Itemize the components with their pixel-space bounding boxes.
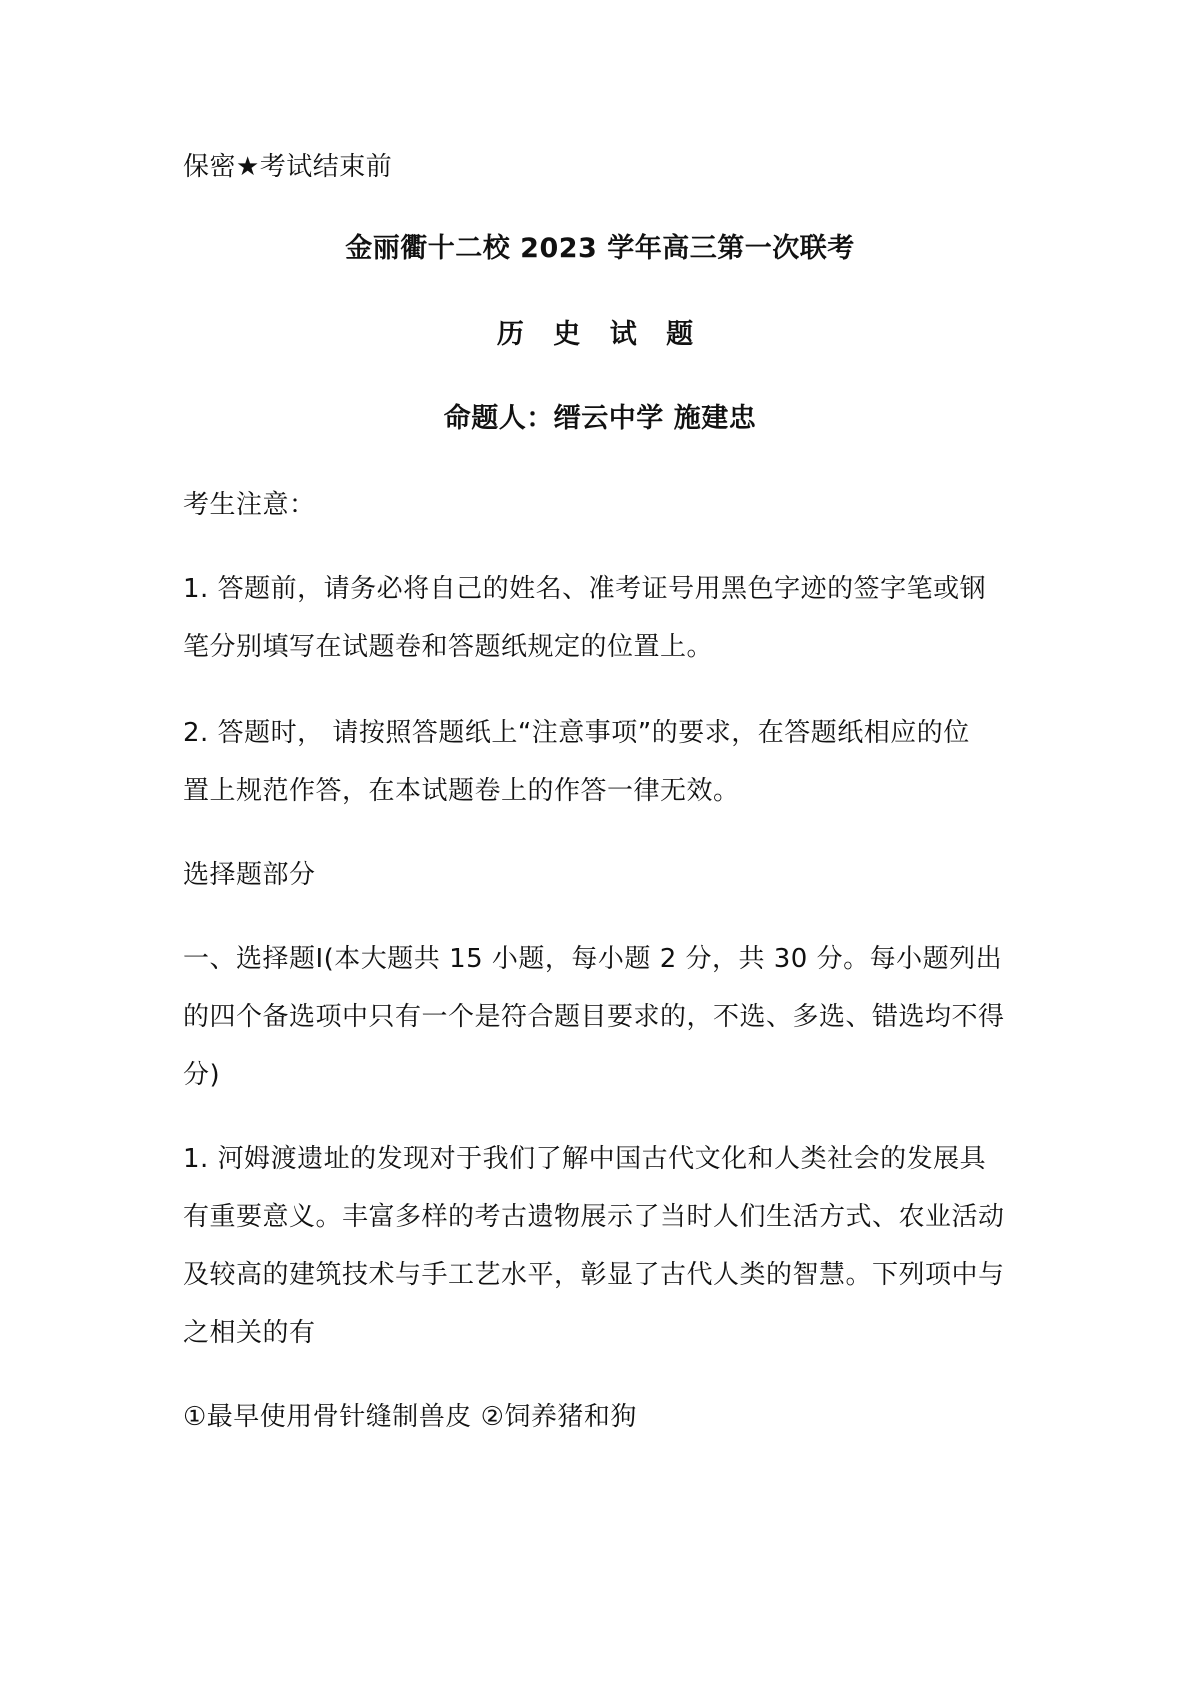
question-1-line-1: 1. 河姆渡遗址的发现对于我们了解中国古代文化和人类社会的发展具 <box>183 1142 986 1176</box>
question-1-line-3: 及较高的建筑技术与手工艺水平，彰显了古代人类的智慧。下列项中与 <box>183 1258 1005 1292</box>
exam-title: 金丽衢十二校 2023 学年高三第一次联考 <box>0 232 1200 266</box>
section-heading: 选择题部分 <box>183 858 316 892</box>
subject-title: 历 史 试 题 <box>0 318 1200 352</box>
notice-1-line-1: 1. 答题前，请务必将自己的姓名、准考证号用黑色字迹的签字笔或钢 <box>183 572 986 606</box>
notice-heading: 考生注意： <box>183 488 316 522</box>
exam-page: 保密★考试结束前 金丽衢十二校 2023 学年高三第一次联考 历 史 试 题 命… <box>0 0 1200 1698</box>
question-1-line-2: 有重要意义。丰富多样的考古遗物展示了当时人们生活方式、农业活动 <box>183 1200 1005 1234</box>
confidential-label: 保密★考试结束前 <box>183 150 392 184</box>
question-1-line-4: 之相关的有 <box>183 1316 316 1350</box>
part-one-line-1: 一、选择题Ⅰ(本大题共 15 小题，每小题 2 分，共 30 分。每小题列出 <box>183 942 1002 976</box>
notice-1-line-2: 笔分别填写在试题卷和答题纸规定的位置上。 <box>183 630 713 664</box>
question-1-options: ①最早使用骨针缝制兽皮 ②饲养猪和狗 <box>183 1400 637 1434</box>
notice-2-line-2: 置上规范作答，在本试题卷上的作答一律无效。 <box>183 774 740 808</box>
notice-2-line-1: 2. 答题时， 请按照答题纸上“注意事项”的要求，在答题纸相应的位 <box>183 716 970 750</box>
author-line: 命题人：缙云中学 施建忠 <box>0 402 1200 436</box>
part-one-line-2: 的四个备选项中只有一个是符合题目要求的，不选、多选、错选均不得 <box>183 1000 1005 1034</box>
part-one-line-3: 分) <box>183 1058 220 1092</box>
